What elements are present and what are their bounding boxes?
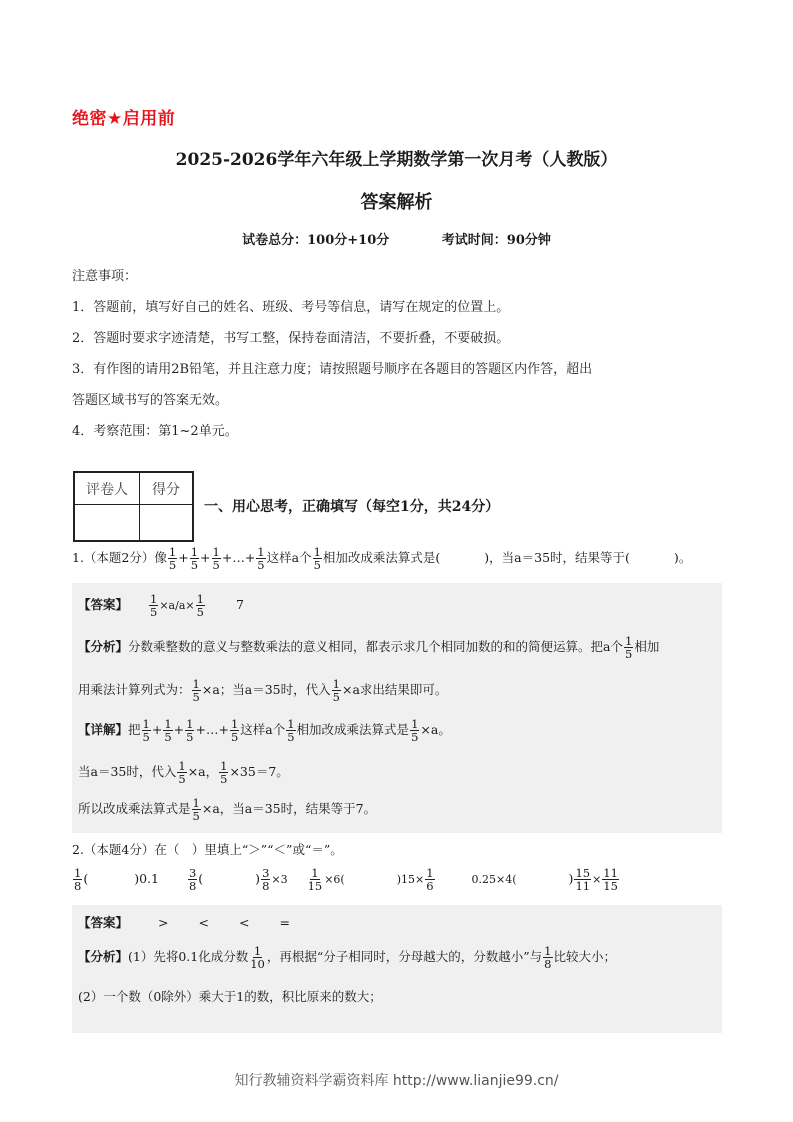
fraction: 15 (190, 546, 199, 571)
answer-value: < (199, 915, 209, 930)
answer-text: ×a/a× (159, 599, 194, 612)
q1-suffix: )。 (674, 550, 691, 565)
exam-title: 2025-2026学年六年级上学期数学第一次月考（人教版） (0, 145, 793, 170)
q1-solution-box: 【答案】15×a/a×157 【分析】分数乘整数的意义与整数乘法的意义相同，都表… (72, 583, 722, 833)
analysis-label: 【分析】 (78, 639, 128, 654)
notice-item: 2．答题时要求字迹清楚，书写工整，保持卷面清洁，不要折叠，不要破损。 (72, 323, 732, 354)
fraction: 15 (313, 546, 322, 571)
q2-solution-box: 【答案】><<= 【分析】(1）先将0.1化成分数110，再根据“分子相同时，分… (72, 905, 722, 1033)
analysis-text: 分数乘整数的意义与整数乘法的意义相同，都表示求几个相同加数的和的简便运算。把a个 (128, 639, 623, 654)
q1-prefix: 1.（本题2分）像 (72, 550, 167, 565)
answer-value: < (239, 915, 249, 930)
grader-header: 评卷人 (74, 472, 140, 505)
q2-answer: 【答案】><<= (78, 913, 290, 931)
q2-analysis: 【分析】(1）先将0.1化成分数110，再根据“分子相同时，分母越大的，分数越小… (78, 945, 616, 970)
analysis-text: ×a；当a＝35时，代入 (202, 682, 331, 697)
exam-time: 考试时间：90分钟 (442, 229, 551, 248)
q1-detail-2: 当a＝35时，代入15×a，15×35＝7。 (78, 760, 289, 785)
fraction: 15 (212, 546, 221, 571)
answer-label: 【答案】 (78, 915, 128, 930)
question-2-items: 18()0.1 38()38×3 115×6()15×16 0.25×4()15… (72, 867, 620, 892)
q2-analysis-2: (2）一个数（0除外）乘大于1的数，积比原来的数大； (78, 987, 382, 1005)
q1-suffix: )，当a＝35时，结果等于( (484, 550, 630, 565)
notice-heading: 注意事项： (72, 261, 732, 292)
detail-label: 【详解】 (78, 722, 128, 737)
answer-value: 7 (236, 597, 244, 612)
question-1: 1.（本题2分）像15+15+15+…+15这样a个15相加改成乘法算式是()，… (72, 546, 691, 571)
score-cell (140, 505, 194, 542)
fraction: 15 (168, 546, 177, 571)
q1-middle: 这样a个 (267, 550, 312, 565)
analysis-text: 相加 (634, 639, 659, 654)
q1-detail: 【详解】把15+15+15+…+15这样a个15相加改成乘法算式是15×a。 (78, 718, 451, 743)
q1-suffix: 相加改成乘法算式是( (323, 550, 440, 565)
grader-cell (74, 505, 140, 542)
analysis-text: 用乘法计算列式为： (78, 682, 191, 697)
notice-item: 答题区域书写的答案无效。 (72, 385, 732, 416)
q1-analysis: 【分析】分数乘整数的意义与整数乘法的意义相同，都表示求几个相同加数的和的简便运算… (78, 635, 659, 660)
grading-table: 评卷人 得分 (73, 471, 194, 542)
score-header: 得分 (140, 472, 194, 505)
q1-detail-3: 所以改成乘法算式是15×a，当a＝35时，结果等于7。 (78, 797, 376, 822)
exam-meta: 试卷总分：100分+10分 考试时间：90分钟 (0, 229, 793, 248)
confidential-label: 绝密★启用前 (72, 104, 175, 129)
fraction: 15 (256, 546, 265, 571)
q1-analysis-2: 用乘法计算列式为：15×a；当a＝35时，代入15×a求出结果即可。 (78, 678, 447, 703)
section-title: 一、用心思考，正确填写（每空1分，共24分） (204, 496, 499, 516)
ellipsis: +…+ (222, 550, 255, 565)
plus: + (178, 550, 188, 565)
total-score: 试卷总分：100分+10分 (242, 229, 389, 248)
notice-section: 注意事项： 1．答题前，填写好自己的姓名、班级、考号等信息，请写在规定的位置上。… (72, 261, 732, 447)
analysis-label: 【分析】 (78, 949, 128, 964)
analysis-text: ×a求出结果即可。 (342, 682, 447, 697)
question-2-prompt: 2.（本题4分）在（ ）里填上“＞”“＜”或“＝”。 (72, 840, 343, 858)
answer-value: = (279, 915, 289, 930)
plus: + (200, 550, 210, 565)
answer-value: > (158, 915, 168, 930)
notice-item: 1．答题前，填写好自己的姓名、班级、考号等信息，请写在规定的位置上。 (72, 292, 732, 323)
q1-answer: 【答案】15×a/a×157 (78, 593, 244, 618)
footer-watermark: 知行教辅资料学霸资料库 http://www.lianjie99.cn/ (0, 1070, 793, 1090)
notice-item: 4．考察范围：第1~2单元。 (72, 416, 732, 447)
answer-label: 【答案】 (78, 597, 128, 612)
exam-subtitle: 答案解析 (0, 188, 793, 214)
notice-item: 3．有作图的请用2B铅笔，并且注意力度；请按照题号顺序在各题目的答题区内作答，超… (72, 354, 732, 385)
